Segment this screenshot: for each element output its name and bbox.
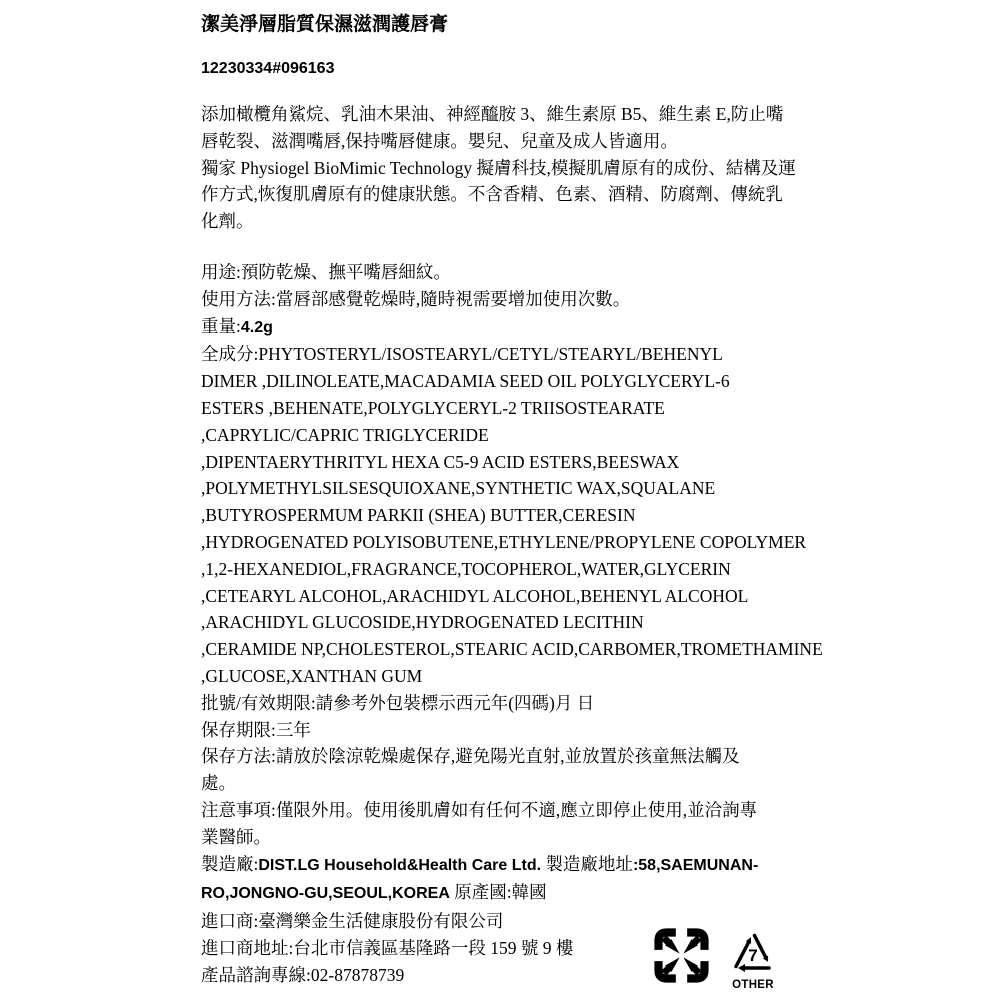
weight-label: 重量: <box>201 316 241 336</box>
resin-code-7-mark: 7 OTHER <box>724 922 782 991</box>
manufacturer-address-value-2: RO,JONGNO-GU,SEOUL,KOREA <box>201 885 450 902</box>
ingredients-line: ,DIPENTAERYTHRITYL HEXA C5-9 ACID ESTERS… <box>201 449 841 476</box>
taiwan-recycling-icon <box>650 924 713 987</box>
product-info-document: 潔美淨層脂質保濕滋潤護唇膏 12230334#096163 添加橄欖角鯊烷、乳油… <box>201 0 841 989</box>
product-description: 添加橄欖角鯊烷、乳油木果油、神經醯胺 3、維生素原 B5、維生素 E,防止嘴 唇… <box>201 101 841 235</box>
directions-line: 使用方法:當唇部感覺乾燥時,隨時視需要增加使用次數。 <box>201 286 841 313</box>
storage-line: 保存方法:請放於陰涼乾燥處保存,避免陽光直射,並放置於孩童無法觸及 <box>201 743 841 770</box>
manufacturer-address-value: :58,SAEMUNAN- <box>633 857 758 874</box>
ingredients-line: 全成分:PHYTOSTERYL/ISOSTEARYL/CETYL/STEARYL… <box>201 341 841 368</box>
weight-value: 4.2g <box>241 319 273 336</box>
description-line: 化劑。 <box>201 208 841 235</box>
origin-label: 原產國:韓國 <box>450 882 547 902</box>
manufacturer-line-2: RO,JONGNO-GU,SEOUL,KOREA 原產國:韓國 <box>201 879 841 908</box>
ingredients-line: ,CETEARYL ALCOHOL,ARACHIDYL ALCOHOL,BEHE… <box>201 583 841 610</box>
ingredients-line: ,ARACHIDYL GLUCOSIDE,HYDROGENATED LECITH… <box>201 609 841 636</box>
caution-line: 業醫師。 <box>201 824 841 851</box>
ingredients-line: DIMER ,DILINOLEATE,MACADAMIA SEED OIL PO… <box>201 368 841 395</box>
description-line: 獨家 Physiogel BioMimic Technology 擬膚科技,模擬… <box>201 155 841 182</box>
resin-label: OTHER <box>724 979 782 991</box>
weight-line: 重量:4.2g <box>201 313 841 342</box>
recycling-marks: 7 OTHER <box>650 922 810 997</box>
ingredients-line: ,CERAMIDE NP,CHOLESTEROL,STEARIC ACID,CA… <box>201 636 841 663</box>
ingredients-line: ,GLUCOSE,XANTHAN GUM <box>201 663 841 690</box>
product-details: 用途:預防乾燥、撫平嘴唇細紋。 使用方法:當唇部感覺乾燥時,隨時視需要增加使用次… <box>201 259 841 989</box>
resin-number: 7 <box>748 946 757 965</box>
manufacturer-name: DIST.LG Household&Health Care Ltd. <box>258 857 541 874</box>
usage-line: 用途:預防乾燥、撫平嘴唇細紋。 <box>201 259 841 286</box>
ingredients-line: ,BUTYROSPERMUM PARKII (SHEA) BUTTER,CERE… <box>201 502 841 529</box>
recycle-triangle-icon: 7 <box>728 926 778 978</box>
page-title: 潔美淨層脂質保濕滋潤護唇膏 <box>201 13 841 37</box>
ingredients-line: ,HYDROGENATED POLYISOBUTENE,ETHYLENE/PRO… <box>201 529 841 556</box>
description-line: 唇乾裂、滋潤嘴唇,保持嘴唇健康。嬰兒、兒童及成人皆適用。 <box>201 128 841 155</box>
storage-line: 處。 <box>201 770 841 797</box>
description-line: 添加橄欖角鯊烷、乳油木果油、神經醯胺 3、維生素原 B5、維生素 E,防止嘴 <box>201 101 841 128</box>
shelf-life-line: 保存期限:三年 <box>201 717 841 744</box>
manufacturer-address-label: 製造廠地址 <box>541 854 633 874</box>
ingredients-line: ,CAPRYLIC/CAPRIC TRIGLYCERIDE <box>201 422 841 449</box>
manufacturer-line: 製造廠:DIST.LG Household&Health Care Ltd. 製… <box>201 851 841 880</box>
ingredients-line: ,1,2-HEXANEDIOL,FRAGRANCE,TOCOPHEROL,WAT… <box>201 556 841 583</box>
batch-line: 批號/有效期限:請參考外包裝標示西元年(四碼)月 日 <box>201 690 841 717</box>
description-line: 作方式,恢復肌膚原有的健康狀態。不含香精、色素、酒精、防腐劑、傳統乳 <box>201 181 841 208</box>
product-code: 12230334#096163 <box>201 59 841 79</box>
ingredients-line: ESTERS ,BEHENATE,POLYGLYCERYL-2 TRIISOST… <box>201 395 841 422</box>
ingredients-line: ,POLYMETHYLSILSESQUIOXANE,SYNTHETIC WAX,… <box>201 475 841 502</box>
caution-line: 注意事項:僅限外用。使用後肌膚如有任何不適,應立即停止使用,並洽詢專 <box>201 797 841 824</box>
manufacturer-label: 製造廠: <box>201 854 258 874</box>
